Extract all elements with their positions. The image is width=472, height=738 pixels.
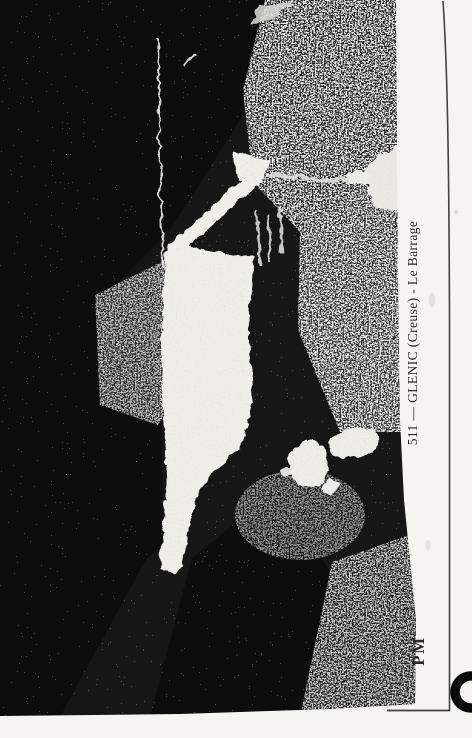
postcard-scan: 511 — GLENIC (Creuse) - Le Barrage PM	[0, 0, 472, 738]
margin-smudge	[454, 210, 458, 214]
publisher-mark: PM	[409, 631, 429, 671]
frame-line-right	[443, 1, 450, 711]
margin-smudge	[426, 540, 431, 550]
corner-mark-c	[455, 676, 472, 708]
postcard-photo	[0, 0, 418, 717]
foam-splash	[288, 439, 326, 487]
postcard-caption: 511 — GLENIC (Creuse) - Le Barrage	[404, 188, 421, 478]
margin-smudge	[429, 292, 435, 308]
